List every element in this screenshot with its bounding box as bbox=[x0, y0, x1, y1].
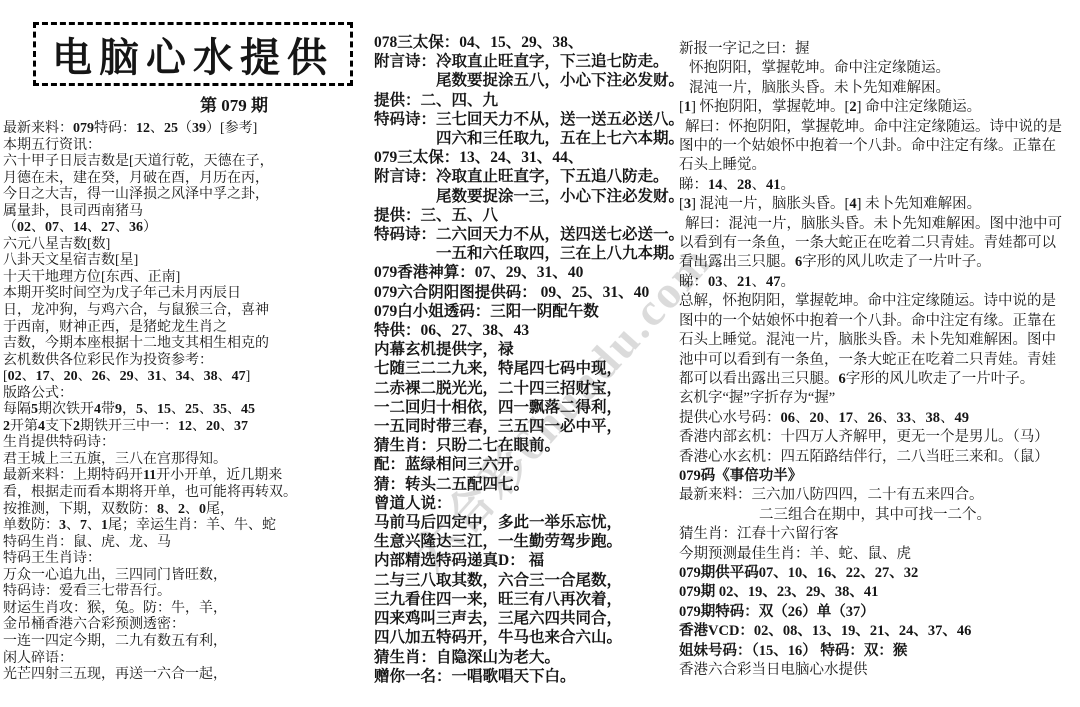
text-line: 财运生肖攻：猴，兔。防：牛，羊， bbox=[3, 601, 368, 618]
text-line: [3] 混沌一片，脑胀头昏。[4] 未卜先知难解困。 bbox=[679, 195, 1079, 214]
text-line: 日，龙冲狗，与鸡六合，与鼠猴三合，喜神 bbox=[3, 303, 368, 320]
text-line: 一五同时带三春，三五四一必中平， bbox=[374, 417, 676, 436]
text-line: 生意兴隆达三江，一生勤劳驾步跑。 bbox=[374, 532, 676, 551]
text-line: 特码诗：爱看三七带吾行。 bbox=[3, 584, 368, 601]
text-line: 一五和六任取四，三在上八九本期。 bbox=[374, 244, 676, 263]
text-line: 附言诗：冷取直止旺直字，下三追七防走。 bbox=[374, 52, 676, 71]
text-line: 特码诗：二六回天力不从，送四送七必送一。 bbox=[374, 225, 676, 244]
text-line: 二与三八取其数，六合三一合尾数， bbox=[374, 571, 676, 590]
text-line: 079三太保：13、24、31、44、 bbox=[374, 148, 676, 167]
text-line: 都可以看出露出三只腿。6字形的风儿吹走了一片叶子。 bbox=[679, 370, 1079, 389]
text-line: 玄机字“握”字折存为“握” bbox=[679, 389, 1079, 408]
text-line: 六元八星吉数[数] bbox=[3, 237, 368, 254]
text-line: 一二回归十相依，四一飘落二得利， bbox=[374, 398, 676, 417]
left-column-lines: 最新来料：079特码：12、25（39）[参考]本期五行资讯：六十甲子日辰吉数是… bbox=[3, 121, 368, 684]
text-line: 二三组合在期中，其中可找一二个。 bbox=[679, 506, 1079, 525]
text-line: 玄机数供各位彩民作为投资参考： bbox=[3, 353, 368, 370]
text-line: 特码诗：三七回天力不从，送一送五必送八。 bbox=[374, 110, 676, 129]
text-line: [1] 怀抱阴阳，掌握乾坤。[2] 命中注定缘随运。 bbox=[679, 98, 1079, 117]
text-line: 猜生肖：江春十六留行客 bbox=[679, 525, 1079, 544]
text-line: 闲人碎语： bbox=[3, 651, 368, 668]
lottery-tips-sheet: 六合彩6huadu.com 电脑心水提供 第 079 期 最新来料：079特码：… bbox=[0, 0, 1080, 707]
text-line: 079期 02、19、23、29、38、41 bbox=[679, 583, 1079, 602]
text-line: 特码生肖：鼠、虎、龙、马 bbox=[3, 535, 368, 552]
text-line: 按推测，下期，双数防：8、2、0尾， bbox=[3, 502, 368, 519]
text-line: 配：蓝绿相问三六开。 bbox=[374, 455, 676, 474]
text-line: 香港VCD：02、08、13、19、21、24、37、46 bbox=[679, 622, 1079, 641]
text-line: 看出露出三只腿。6字形的风儿吹走了一片叶子。 bbox=[679, 253, 1079, 272]
text-line: 最新来料：上期特码开11开小开单，近几期来 bbox=[3, 468, 368, 485]
middle-column: 078三太保：04、15、29、38、附言诗：冷取直止旺直字，下三追七防走。尾数… bbox=[374, 33, 676, 686]
text-line: 尾数要捉涂五八，小心下注必发财。 bbox=[374, 71, 676, 90]
text-line: 079码《事倍功半》 bbox=[679, 467, 1079, 486]
text-line: 特供：06、27、38、43 bbox=[374, 321, 676, 340]
title-box: 电脑心水提供 bbox=[33, 22, 353, 86]
text-line: 提供：三、五、八 bbox=[374, 206, 676, 225]
text-line: 马前马后四定中，多此一举乐忘忧， bbox=[374, 513, 676, 532]
text-line: 079六合阴阳图提供码： 09、25、31、40 bbox=[374, 283, 676, 302]
text-line: 睇：14、28、41。 bbox=[679, 176, 1079, 195]
text-line: 图中的一个姑娘怀中抱着一个八卦。命中注定有缘。正靠在 bbox=[679, 312, 1079, 331]
text-line: 石头上睡觉。 bbox=[679, 156, 1079, 175]
text-line: 月德在未，建在癸，月破在酉，月历在丙， bbox=[3, 171, 368, 188]
text-line: 看，根据走而看本期将开单，也可能将再转双。 bbox=[3, 485, 368, 502]
text-line: 四六和三任取九，五在上七六本期。 bbox=[374, 129, 676, 148]
text-line: 以看到有一条鱼，一条大蛇正在吃着二只青娃。青娃都可以 bbox=[679, 234, 1079, 253]
text-line: 八卦天文星宿吉数[星] bbox=[3, 253, 368, 270]
text-line: 君王城上三五旗，三八在宫那得知。 bbox=[3, 452, 368, 469]
text-line: 属量卦，艮司西南猪马 bbox=[3, 204, 368, 221]
text-line: 三九看住四一来，旺三有八再次着， bbox=[374, 590, 676, 609]
text-line: 解曰：怀抱阴阳，掌握乾坤。命中注定缘随运。诗中说的是 bbox=[679, 118, 1079, 137]
text-line: 本期五行资讯： bbox=[3, 138, 368, 155]
left-column: 电脑心水提供 第 079 期 最新来料：079特码：12、25（39）[参考]本… bbox=[3, 22, 368, 684]
text-line: 香港内部玄机：十四万人齐解甲，更无一个是男儿。（马） bbox=[679, 428, 1079, 447]
text-line: 四八加五特码开，牛马也来合六山。 bbox=[374, 628, 676, 647]
text-line: 079白小姐透码：三阳一阴配午数 bbox=[374, 302, 676, 321]
text-line: 生肖提供特码诗： bbox=[3, 435, 368, 452]
text-line: 提供心水号码：06、20、17、26、33、38、49 bbox=[679, 409, 1079, 428]
text-line: 猜：转头二五配四七。 bbox=[374, 475, 676, 494]
text-line: 单数防：3、7、1尾；幸运生肖：羊、牛、蛇 bbox=[3, 518, 368, 535]
text-line: 新报一字记之曰：握 bbox=[679, 40, 1079, 59]
text-line: 金吊桶香港六合彩预测透密： bbox=[3, 617, 368, 634]
text-line: 今期预测最佳生肖：羊、蛇、鼠、虎 bbox=[679, 545, 1079, 564]
text-line: 七随三二二九来，特尾四七码中现， bbox=[374, 359, 676, 378]
text-line: 本期开奖时间空为戊子年己未月丙辰日 bbox=[3, 286, 368, 303]
text-line: 于西南，财神正西，是猪蛇龙生肖之 bbox=[3, 320, 368, 337]
text-line: 2开第4支下2期铁开三中一：12、20、37 bbox=[3, 419, 368, 436]
text-line: 万众一心追九出，三四同门皆旺数， bbox=[3, 568, 368, 585]
text-line: 香港六合彩当日电脑心水提供 bbox=[679, 661, 1079, 680]
text-line: 内幕玄机提供字，禄 bbox=[374, 340, 676, 359]
text-line: 解曰：混沌一片，脑胀头昏。未卜先知难解困。图中池中可 bbox=[679, 215, 1079, 234]
text-line: 光芒四射三五现，再送一六合一起， bbox=[3, 667, 368, 684]
text-line: 猜生肖：自隐深山为老大。 bbox=[374, 648, 676, 667]
text-line: 石头上睡觉。混沌一片，脑胀头昏。未卜先知难解困。图中 bbox=[679, 331, 1079, 350]
text-line: 香港心水玄机：四五陌路结伴行，二八当旺三来和。（鼠） bbox=[679, 448, 1079, 467]
text-line: （02、07、14、27、36） bbox=[3, 220, 368, 237]
text-line: 姐妹号码：（15、16） 特码：双：猴 bbox=[679, 642, 1079, 661]
text-line: 版路公式： bbox=[3, 386, 368, 403]
text-line: 二赤裸二脱光光，二十四三招财宝， bbox=[374, 379, 676, 398]
text-line: 图中的一个姑娘怀中抱着一个八卦。命中注定有缘。正靠在 bbox=[679, 137, 1079, 156]
text-line: 特码王生肖诗： bbox=[3, 551, 368, 568]
text-line: 曾道人说： bbox=[374, 494, 676, 513]
text-line: 今日之大吉，得一山泽损之风泽中孚之卦， bbox=[3, 187, 368, 204]
text-line: 猜生肖：只盼二七在眼前。 bbox=[374, 436, 676, 455]
text-line: 十天干地理方位[东西、正南] bbox=[3, 270, 368, 287]
text-line: 079香港神算：07、29、31、40 bbox=[374, 263, 676, 282]
text-line: 提供：二、四、九 bbox=[374, 91, 676, 110]
text-line: 赠你一名：一唱歌唱天下白。 bbox=[374, 667, 676, 686]
text-line: 079期特码：双（26）单（37） bbox=[679, 603, 1079, 622]
page-title: 电脑心水提供 bbox=[52, 26, 334, 83]
text-line: 睇：03、21、47。 bbox=[679, 273, 1079, 292]
text-line: 一连一四定今期，二九有数五有利， bbox=[3, 634, 368, 651]
text-line: 六十甲子日辰吉数是[天道行乾，天德在子， bbox=[3, 154, 368, 171]
text-line: 尾数要捉涂一三，小心下注必发财。 bbox=[374, 187, 676, 206]
text-line: 最新来料：三六加八防四四，二十有五来四合。 bbox=[679, 486, 1079, 505]
text-line: 附言诗：冷取直止旺直字，下五追八防走。 bbox=[374, 167, 676, 186]
text-line: 四来鸡叫三声去，三尾六四共同合， bbox=[374, 609, 676, 628]
text-line: 怀抱阴阳，掌握乾坤。命中注定缘随运。 bbox=[679, 59, 1079, 78]
text-line: 内部精选特码递真D： 福 bbox=[374, 551, 676, 570]
text-line: 吉数，今期本座根据十二地支其相生相克的 bbox=[3, 336, 368, 353]
text-line: 总解，怀抱阴阳，掌握乾坤。命中注定缘随运。诗中说的是 bbox=[679, 292, 1079, 311]
right-column: 新报一字记之曰：握怀抱阴阳，掌握乾坤。命中注定缘随运。混沌一片，脑胀头昏。未卜先… bbox=[679, 40, 1079, 680]
text-line: 每隔5期次铁开4带9，5、15、25、35、45 bbox=[3, 402, 368, 419]
text-line: 079期供平码07、10、16、22、27、32 bbox=[679, 564, 1079, 583]
text-line: 池中可以看到有一条鱼，一条大蛇正在吃着二只青娃。青娃 bbox=[679, 351, 1079, 370]
text-line: [02、17、20、26、29、31、34、38、47] bbox=[3, 369, 368, 386]
text-line: 078三太保：04、15、29、38、 bbox=[374, 33, 676, 52]
issue-number: 第 079 期 bbox=[73, 86, 395, 119]
text-line: 最新来料：079特码：12、25（39）[参考] bbox=[3, 121, 368, 138]
text-line: 混沌一片，脑胀头昏。未卜先知难解困。 bbox=[679, 79, 1079, 98]
